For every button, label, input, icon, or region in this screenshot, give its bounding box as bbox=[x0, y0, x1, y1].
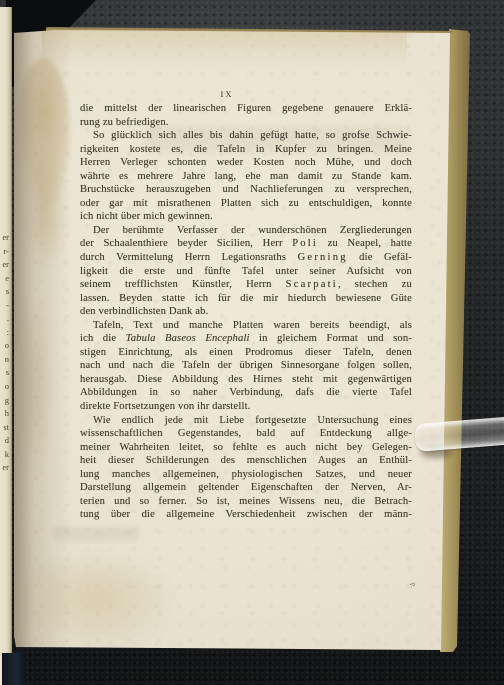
facing-page-fragment: h bbox=[0, 407, 11, 421]
facing-page-fragment: r- bbox=[0, 245, 11, 259]
text-line: den verbindlichsten Dank ab. bbox=[80, 305, 412, 319]
text-line: ich die Tabula Baseos Encephali in gleic… bbox=[80, 332, 412, 346]
text-line: So glücklich sich alles bis dahin gefügt… bbox=[80, 129, 412, 143]
facing-page-fragment: k bbox=[0, 448, 11, 462]
text-line: rung zu befriedigen. bbox=[80, 116, 412, 130]
text-line: ich nicht über mich gewinnen. bbox=[80, 210, 412, 224]
text-line: stigen Einrichtung, als einen Prodromus … bbox=[80, 346, 412, 360]
book-board-edge bbox=[2, 653, 26, 685]
facing-page-fragment: d bbox=[0, 434, 11, 448]
text-line: Wie endlich jede mit Liebe fortgesetzte … bbox=[80, 414, 412, 428]
facing-page-fragment: er bbox=[0, 258, 11, 272]
book-page: IX die mittelst der linearischen Figuren… bbox=[14, 30, 450, 650]
facing-page-fragment: . bbox=[0, 312, 11, 326]
facing-page-fragment: g bbox=[0, 394, 11, 408]
facing-page-fragment: e bbox=[0, 272, 11, 286]
text-line: wissenschaftlichen Gegenstandes, bald au… bbox=[80, 427, 412, 441]
text-block: die mittelst der linearischen Figuren ge… bbox=[80, 102, 412, 522]
facing-page-fragment: o bbox=[0, 339, 11, 353]
text-line: Herren Verleger schonten weder Kosten no… bbox=[80, 156, 412, 170]
folio-number: IX bbox=[213, 89, 241, 99]
facing-page-fragment: - bbox=[0, 299, 11, 313]
facing-page-fragment: o bbox=[0, 380, 11, 394]
gutter-shadow bbox=[14, 30, 72, 650]
facing-page-text-fragments: err-eres-.:onsoghstdker bbox=[0, 231, 11, 475]
text-line: rigkeiten kostete es, die Tafeln in Kupf… bbox=[80, 143, 412, 157]
text-line: meiner Wahrheiten leitet, so fehlte es a… bbox=[80, 441, 412, 455]
text-line: durch Vermittelung Herrn Legationsraths … bbox=[80, 251, 412, 265]
text-line: heit dieser Schilderungen des menschlich… bbox=[80, 454, 412, 468]
facing-page-fragment: : bbox=[0, 326, 11, 340]
text-line: terien und so ferner. So ist, meines Wis… bbox=[80, 495, 412, 509]
text-line: Abbildungen in so naher Verbindung, dafs… bbox=[80, 386, 412, 400]
facing-page-fragment: s bbox=[0, 366, 11, 380]
text-line: Darstellung allgemein geltender Eigensch… bbox=[80, 481, 412, 495]
text-line: herausgab. Diese Abbildung des Hirnes st… bbox=[80, 373, 412, 387]
text-line: lung manches allgemeinen, physiologische… bbox=[80, 468, 412, 482]
book-photo: err-eres-.:onsoghstdker IX die mittelst … bbox=[0, 0, 504, 685]
text-line: nach und nach die Tafeln der übrigen Sin… bbox=[80, 359, 412, 373]
text-line: seinem trefflichsten Künstler, Herrn Sca… bbox=[80, 278, 412, 292]
text-line: lassen. Beyden statte ich für die mir hi… bbox=[80, 292, 412, 306]
stain-top-band bbox=[42, 30, 407, 70]
facing-page-fragment: er bbox=[0, 231, 11, 245]
facing-page-fragment: n bbox=[0, 353, 11, 367]
text-line: Bruchstücke herauszugeben und Nachliefer… bbox=[80, 183, 412, 197]
text-line: währte es mehrere Jahre lang, ehe man da… bbox=[80, 170, 412, 184]
facing-page-fragment: st bbox=[0, 421, 11, 435]
text-line: ligkeit die erste und fünfte Tafel unter… bbox=[80, 265, 412, 279]
text-line: tung über die allgemeine Verschiedenheit… bbox=[80, 508, 412, 522]
text-line: die mittelst der linearischen Figuren ge… bbox=[80, 102, 412, 116]
text-line: direkte Fortsetzungen von ihr darstellt. bbox=[80, 400, 412, 414]
text-line: Der berühmte Verfasser der wunderschönen… bbox=[80, 224, 412, 238]
facing-page-fragment: s bbox=[0, 285, 11, 299]
text-line: der Schaalenthiere beyder Sicilien, Herr… bbox=[80, 237, 412, 251]
facing-page-edge: err-eres-.:onsoghstdker bbox=[0, 7, 12, 685]
pencil-mark: P. bbox=[408, 581, 417, 589]
facing-page-fragment: er bbox=[0, 461, 11, 475]
text-line: oder gar mit misrathenen Platten sich zu… bbox=[80, 197, 412, 211]
text-line: Tafeln, Text und manche Platten waren be… bbox=[80, 319, 412, 333]
